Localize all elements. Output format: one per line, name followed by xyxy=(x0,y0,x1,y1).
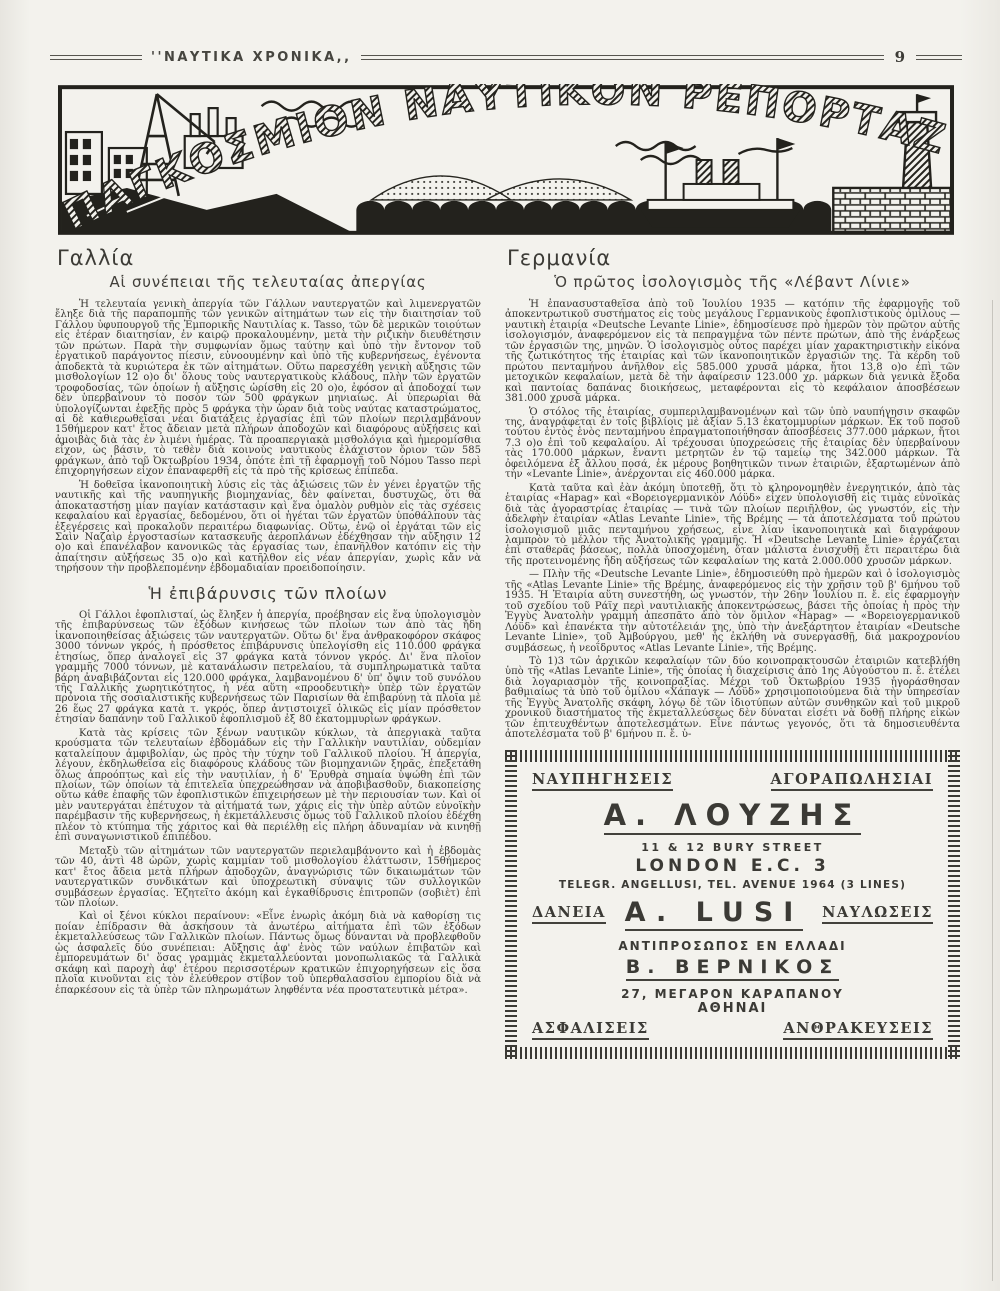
ad-address-city: LONDON E.C. 3 xyxy=(532,856,933,876)
paragraph: Τὸ 1)3 τῶν ἀρχικῶν κεφαλαίων τῶν δύο κοι… xyxy=(505,657,960,741)
ad-service-coaling: ΑΝΘΡΑΚΕΥΣΕΙΣ xyxy=(783,1020,933,1040)
paragraph: Ἡ τελευταία γενικὴ ἀπεργία τῶν Γάλλων να… xyxy=(55,300,481,478)
banner-illustration: ΠΑΓΚΟΣΜΙΟΝ ΝΑΥΤΙΚΟΝ ΡΕΠΟΡΤΑΖ xyxy=(57,84,955,236)
ad-representative-name: Β. ΒΕΡΝΙΚΟΣ xyxy=(626,956,840,981)
article-columns: Γαλλία Αἱ συνέπειαι τῆς τελευταίας ἀπεργ… xyxy=(55,246,960,1059)
ad-name-latin: A. LUSI xyxy=(625,897,804,931)
paragraph: Ἡ δοθεῖσα ἱκανοποιητικὴ λύσις εἰς τὰς ἀξ… xyxy=(55,481,481,575)
hills xyxy=(371,176,630,200)
header-rule-middle xyxy=(361,55,884,60)
country-heading-france: Γαλλία xyxy=(57,246,481,270)
ad-address-athens: ΑΘΗΝΑΙ xyxy=(532,1001,933,1016)
masthead-title: ''ΝΑΥΤΙΚΑ ΧΡΟΝΙΚΑ,, xyxy=(151,50,352,65)
paragraph: Κατὰ τὰς κρίσεις τῶν ξένων ναυτικῶν κύκλ… xyxy=(55,729,481,844)
ad-border-bottom xyxy=(505,1047,960,1059)
ad-service-insurance: ΑΣΦΑΛΙΣΕΙΣ xyxy=(532,1020,649,1040)
ad-service-chartering: ΝΑΥΛΩΣΕΙΣ xyxy=(822,904,933,924)
paragraph: Κατὰ ταῦτα καὶ ἐὰν ἀκόμη ὑποτεθῇ, ὅτι τὸ… xyxy=(505,484,960,568)
ad-address-street: 11 & 12 BURY STREET xyxy=(532,841,933,854)
page-edge-shadow xyxy=(992,300,994,1281)
ad-service-shipbuilding: ΝΑΥΠΗΓΗΣΕΙΣ xyxy=(532,771,673,791)
paragraph: Οἱ Γάλλοι ἐφοπλισταί, ὡς ἔληξεν ἡ ἀπεργί… xyxy=(55,611,481,726)
ad-telegram-line: TELEGR. ANGELLUSI, TEL. AVENUE 1964 (3 L… xyxy=(532,879,933,891)
paragraph: Ὁ στόλος τῆς ἑταιρίας, συμπεριλαμβανομέν… xyxy=(505,408,960,481)
article-france: Γαλλία Αἱ συνέπειαι τῆς τελευταίας ἀπεργ… xyxy=(55,246,481,1059)
ad-representative-line: ΑΝΤΙΠΡΟΣΩΠΟΣ ΕΝ ΕΛΛΑΔΙ xyxy=(532,939,933,953)
section-heading-ships-burden: Ἡ ἐπιβάρυνσις τῶν πλοίων xyxy=(55,584,481,603)
ad-service-loans: ΔΑΝΕΙΑ xyxy=(532,904,606,924)
ad-content: ΝΑΥΠΗΓΗΣΕΙΣ ΑΓΟΡΑΠΩΛΗΣΙΑΙ Α. ΛΟΥΖΗΣ 11 &… xyxy=(518,763,947,1046)
ad-name-greek: Α. ΛΟΥΖΗΣ xyxy=(604,798,862,835)
paragraph: Ἡ ἐπανασυσταθεῖσα ἀπὸ τοῦ Ἰουλίου 1935 —… xyxy=(505,300,960,405)
article-germany: Γερμανία Ὁ πρῶτος ἰσολογισμὸς τῆς «Λέβαν… xyxy=(505,246,960,1059)
country-heading-germany: Γερμανία xyxy=(507,246,960,270)
ad-address-athens-street: 27, ΜΕΓΑΡΟΝ ΚΑΡΑΠΑΝΟΥ xyxy=(532,987,933,1001)
breakwater-wall xyxy=(833,188,951,232)
ad-border-right xyxy=(948,750,960,1059)
article-title-france: Αἱ συνέπειαι τῆς τελευταίας ἀπεργίας xyxy=(55,273,481,291)
page-header: ''ΝΑΥΤΙΚΑ ΧΡΟΝΙΚΑ,, 9 xyxy=(50,48,962,66)
header-rule-left xyxy=(50,55,142,60)
magazine-page: ''ΝΑΥΤΙΚΑ ΧΡΟΝΙΚΑ,, 9 xyxy=(0,0,1000,1291)
ad-service-sale-purchase: ΑΓΟΡΑΠΩΛΗΣΙΑΙ xyxy=(771,771,933,791)
paragraph: Μεταξὺ τῶν αἰτημάτων τῶν ναυτεργατῶν περ… xyxy=(55,847,481,910)
article-title-germany: Ὁ πρῶτος ἰσολογισμὸς τῆς «Λέβαντ Λίνιε» xyxy=(505,273,960,291)
page-number: 9 xyxy=(893,48,907,66)
header-rule-right xyxy=(916,55,962,60)
paragraph: Καὶ οἱ ξένοι κύκλοι περαίνουν: «Εἶνε ἐνω… xyxy=(55,912,481,996)
paragraph: — Πλὴν τῆς «Deutsche Levante Linie», ἐδη… xyxy=(505,570,960,654)
ad-border-top xyxy=(505,750,960,762)
steamship xyxy=(641,138,801,228)
advertisement-lusi: ΝΑΥΠΗΓΗΣΕΙΣ ΑΓΟΡΑΠΩΛΗΣΙΑΙ Α. ΛΟΥΖΗΣ 11 &… xyxy=(505,750,960,1059)
ad-border-left xyxy=(505,750,517,1059)
